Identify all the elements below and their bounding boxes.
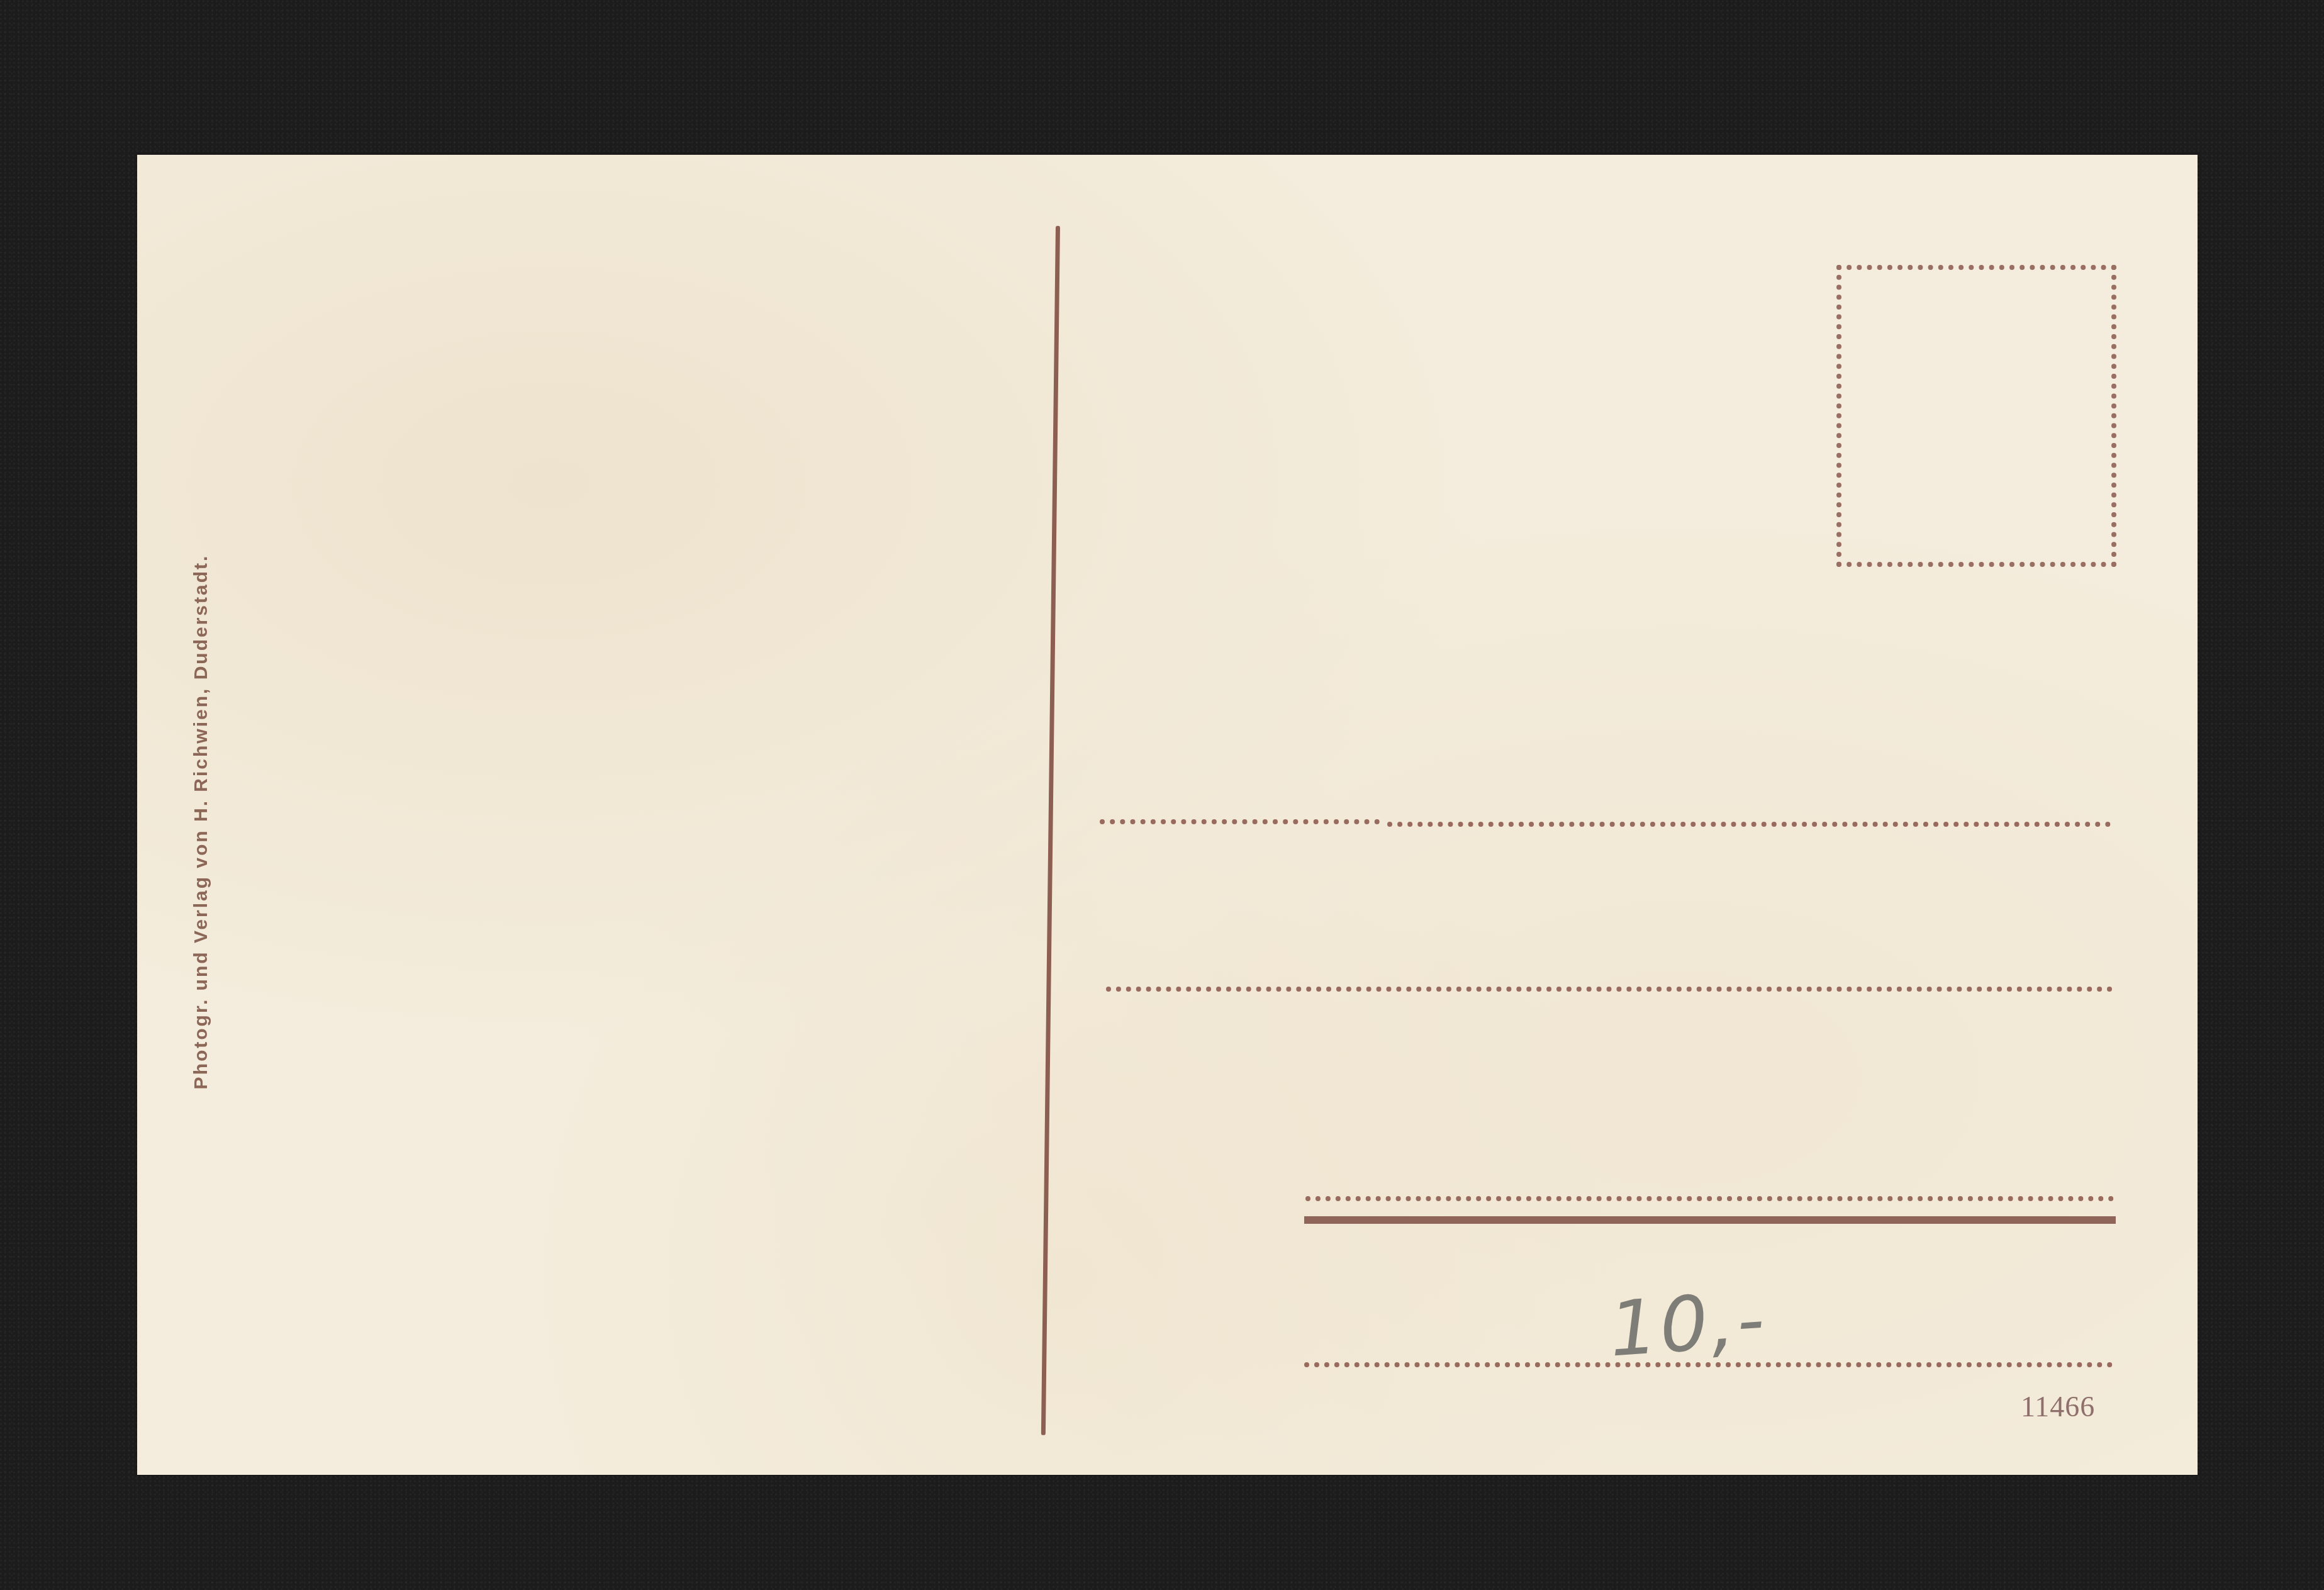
address-line-1a: [1100, 819, 1380, 824]
handwritten-price: 10,-: [1606, 1275, 1769, 1374]
postcard-back: Photogr. und Verlag von H. Richwien, Dud…: [137, 155, 2198, 1475]
publisher-imprint: Photogr. und Verlag von H. Richwien, Dud…: [191, 554, 212, 1090]
address-line-1b: [1387, 822, 2111, 827]
destination-underline: [1304, 1216, 2116, 1224]
stamp-box: [1836, 265, 2116, 567]
address-line-2: [1106, 987, 2113, 992]
serial-number: 11466: [2021, 1390, 2095, 1423]
message-address-divider: [1041, 226, 1060, 1435]
address-line-3: [1305, 1196, 2114, 1201]
